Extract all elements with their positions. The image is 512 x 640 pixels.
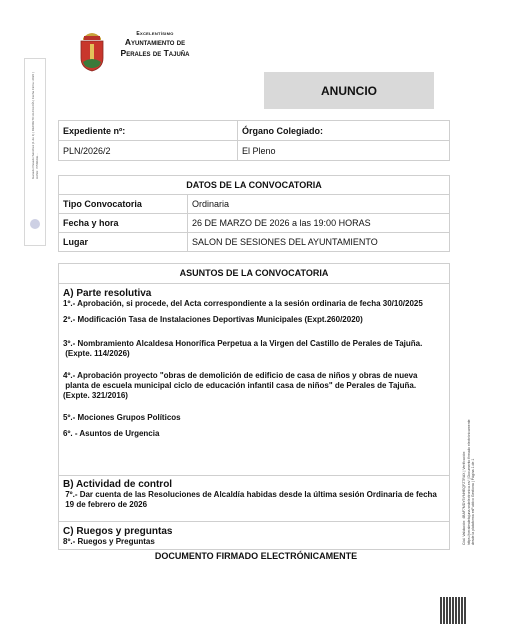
expediente-table: Expediente nº: Órgano Colegiado: PLN/202… [58, 120, 450, 161]
signed-notice: DOCUMENTO FIRMADO ELECTRÓNICAMENTE [0, 551, 512, 561]
agenda-item: 1º.- Aprobación, si procede, del Acta co… [63, 299, 445, 309]
convocatoria-heading: DATOS DE LA CONVOCATORIA [59, 176, 450, 195]
agenda-item: (Expte. 114/2026) [63, 349, 445, 359]
agenda-item: 7º.- Dar cuenta de las Resoluciones de A… [63, 490, 445, 500]
qr-code-icon[interactable] [440, 597, 467, 624]
agenda-item: 5º.- Mociones Grupos Políticos [63, 413, 445, 423]
asuntos-box: ASUNTOS DE LA CONVOCATORIA A) Parte reso… [58, 263, 450, 550]
section-b-title: B) Actividad de control [63, 479, 445, 490]
agenda-item: 3º.- Nombramiento Alcaldesa Honorífica P… [63, 339, 445, 349]
section-a-title: A) Parte resolutiva [63, 288, 445, 299]
agenda-item: 2º.- Modificación Tasa de Instalaciones … [63, 315, 445, 325]
verification-text: Cód. Validación: 4BAF7MDY5YNHEQFZ7RAX | … [462, 415, 482, 545]
agenda-item: 8º.- Ruegos y Preguntas [63, 537, 445, 547]
seal-icon [30, 219, 40, 229]
lugar-label: Lugar [59, 233, 188, 252]
agenda-item: 6º. - Asuntos de Urgencia [63, 429, 445, 439]
signature-stamp: Ganado Pasado Sánchez (1 de 1) | DECRETO… [24, 58, 46, 246]
agenda-item: planta de escuela municipal ciclo de edu… [63, 381, 445, 391]
org-line3: Perales de Tajuña [110, 48, 200, 59]
agenda-item: (Expte. 321/2016) [63, 391, 445, 401]
agenda-item: 19 de febrero de 2026 [63, 500, 445, 510]
expediente-value: PLN/2026/2 [59, 141, 238, 161]
lugar-value: SALON DE SESIONES DEL AYUNTAMIENTO [188, 233, 450, 252]
section-b: B) Actividad de control 7º.- Dar cuenta … [63, 479, 445, 510]
organization-name: Excelentísimo Ayuntamiento de Perales de… [110, 31, 200, 59]
section-c: C) Ruegos y preguntas 8º.- Ruegos y Preg… [63, 526, 445, 547]
page-title: ANUNCIO [264, 72, 434, 109]
convocatoria-table: DATOS DE LA CONVOCATORIA Tipo Convocator… [58, 175, 450, 252]
organo-value: El Pleno [238, 141, 450, 161]
section-a: A) Parte resolutiva 1º.- Aprobación, si … [63, 288, 445, 439]
organo-label: Órgano Colegiado: [238, 121, 450, 141]
signature-text: Ganado Pasado Sánchez (1 de 1) | DECRETO… [31, 67, 39, 179]
tipo-value: Ordinaria [188, 195, 450, 214]
agenda-item: 4º.- Aprobación proyecto "obras de demol… [63, 371, 445, 381]
tipo-label: Tipo Convocatoria [59, 195, 188, 214]
fecha-value: 26 DE MARZO DE 2026 a las 19:00 HORAS [188, 214, 450, 233]
expediente-label: Expediente nº: [59, 121, 238, 141]
coat-of-arms-icon [77, 28, 107, 72]
org-line2: Ayuntamiento de [110, 37, 200, 48]
asuntos-heading: ASUNTOS DE LA CONVOCATORIA [59, 264, 449, 284]
fecha-label: Fecha y hora [59, 214, 188, 233]
section-c-title: C) Ruegos y preguntas [63, 526, 445, 537]
